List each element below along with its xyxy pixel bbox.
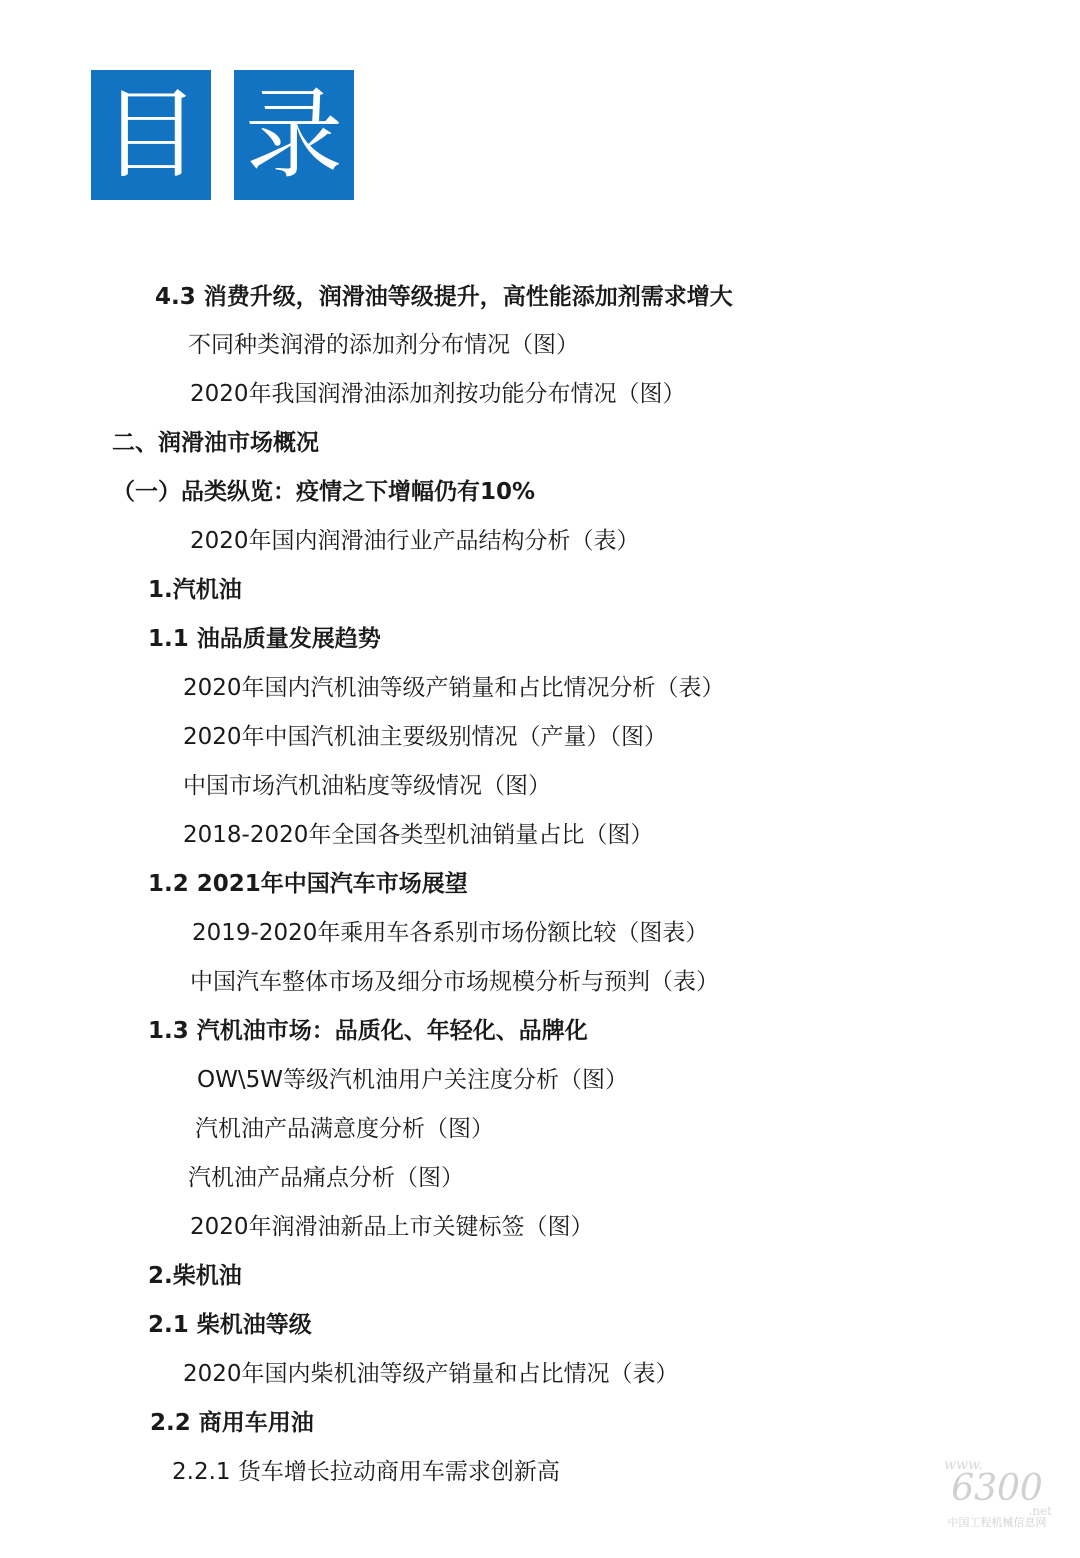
toc-entry-item[interactable]: 2020年我国润滑油添加剂按功能分布情况（图） [190,379,686,409]
watermark-number: 6300 [932,1472,1062,1506]
toc-entry-item[interactable]: 不同种类润滑的添加剂分布情况（图） [188,330,579,360]
toc-entry-section[interactable]: 4.3 消费升级，润滑油等级提升，高性能添加剂需求增大 [155,282,733,312]
toc-entry-chapter[interactable]: 二、润滑油市场概况 [112,428,319,458]
toc-entry-section[interactable]: 2.柴机油 [148,1261,242,1291]
toc-entry-item[interactable]: 2018-2020年全国各类型机油销量占比（图） [183,820,653,850]
toc-entry-item[interactable]: OW\5W等级汽机油用户关注度分析（图） [197,1065,628,1095]
toc-entry-item[interactable]: 中国市场汽机油粘度等级情况（图） [183,771,551,801]
title-box-mu: 目 [91,70,211,200]
toc-entry-item[interactable]: 2020年国内润滑油行业产品结构分析（表） [190,526,640,556]
toc-entry-section[interactable]: 2.1 柴机油等级 [148,1310,312,1340]
toc-entry-section[interactable]: 2.2 商用车用油 [150,1408,314,1438]
toc-entry-item[interactable]: 中国汽车整体市场及细分市场规模分析与预判（表） [190,967,719,997]
toc-entry-item[interactable]: 2020年国内柴机油等级产销量和占比情况（表） [183,1359,679,1389]
toc-entry-section[interactable]: 1.3 汽机油市场：品质化、年轻化、品牌化 [148,1016,588,1046]
toc-entry-item[interactable]: 2020年国内汽机油等级产销量和占比情况分析（表） [183,673,725,703]
toc-entry-item[interactable]: 汽机油产品满意度分析（图） [195,1114,494,1144]
title-box-lu: 录 [234,70,354,200]
watermark-site-name: 中国工程机械信息网 [932,1516,1062,1530]
toc-entry-section[interactable]: 1.汽机油 [148,575,242,605]
toc-entry-item[interactable]: 2019-2020年乘用车各系别市场份额比较（图表） [192,918,708,948]
toc-entry-item[interactable]: 汽机油产品痛点分析（图） [188,1163,464,1193]
watermark-logo: www. 6300 .net 中国工程机械信息网 [932,1458,1062,1538]
toc-entry-section[interactable]: 1.1 油品质量发展趋势 [148,624,381,654]
toc-entry-item[interactable]: 2.2.1 货车增长拉动商用车需求创新高 [172,1457,560,1487]
toc-entry-item[interactable]: 2020年润滑油新品上市关键标签（图） [190,1212,594,1242]
title-char-lu: 录 [245,78,343,192]
title-char-mu: 目 [102,78,200,192]
toc-entry-item[interactable]: 2020年中国汽机油主要级别情况（产量）（图） [183,722,667,752]
toc-entry-section[interactable]: 1.2 2021年中国汽车市场展望 [148,869,468,899]
toc-entry-chapter[interactable]: （一）品类纵览：疫情之下增幅仍有10% [112,477,535,507]
